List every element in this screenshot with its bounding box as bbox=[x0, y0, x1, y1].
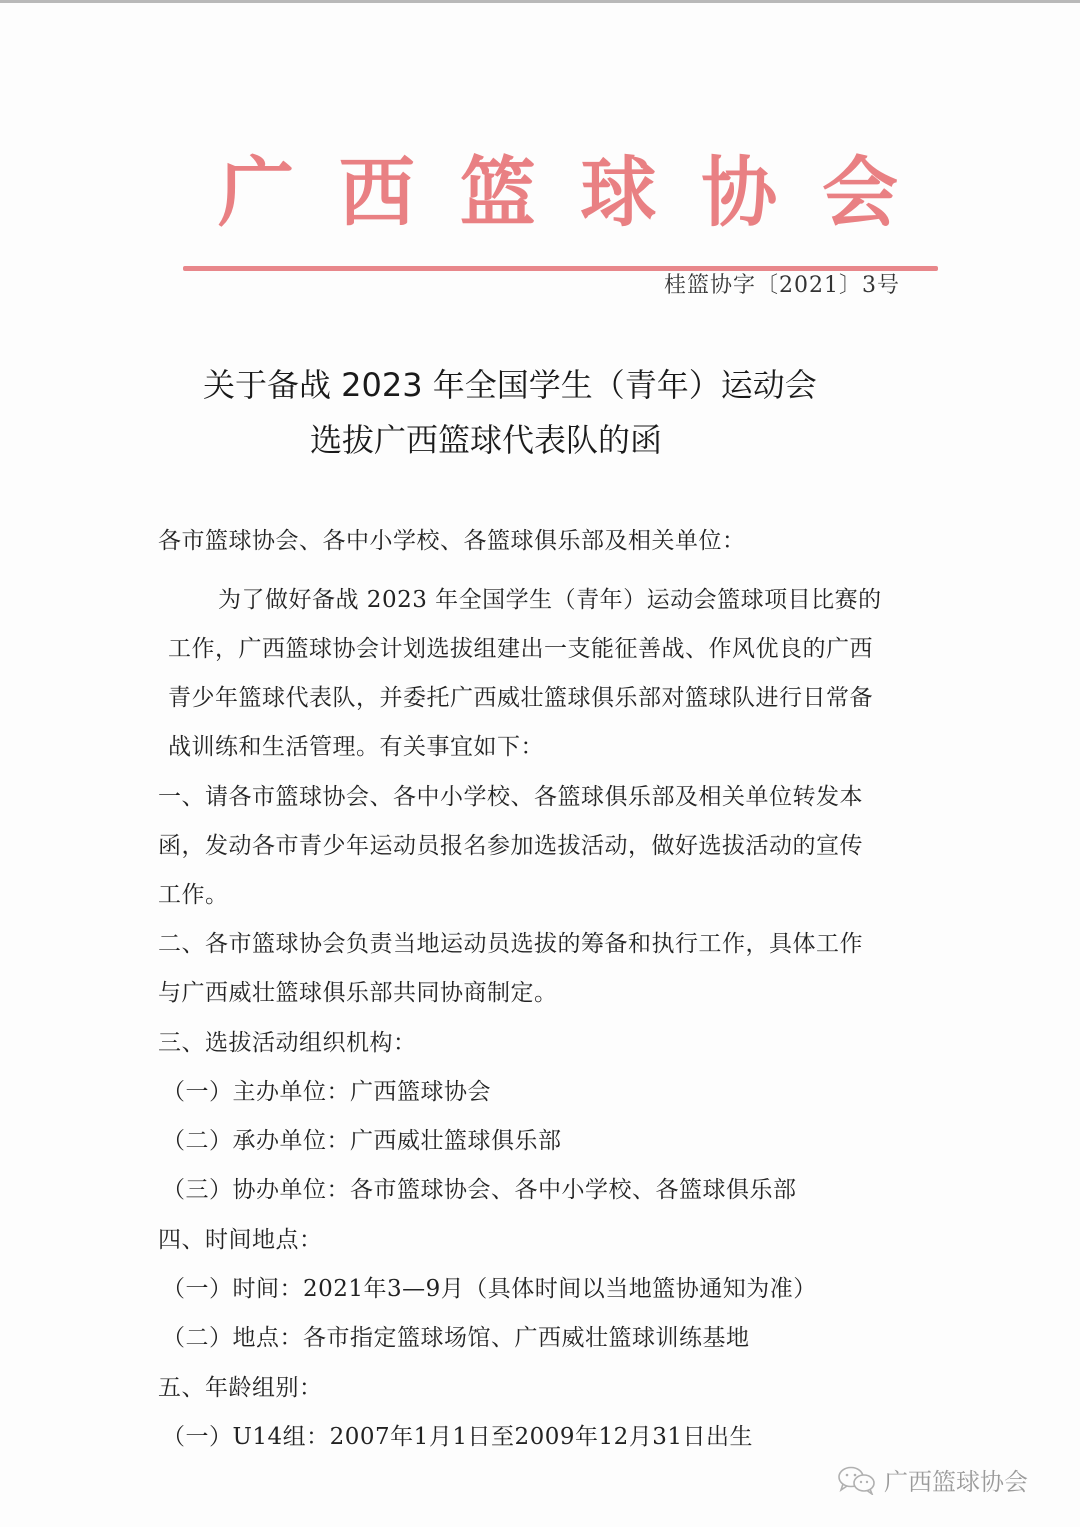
letterhead-char: 球 bbox=[580, 148, 656, 238]
letterhead-char: 协 bbox=[701, 148, 777, 238]
section-3-item: （三）协办单位：各市篮球协会、各中小学校、各篮球俱乐部 bbox=[162, 1175, 797, 1205]
section-3-item: （二）承办单位：广西威壮篮球俱乐部 bbox=[162, 1126, 562, 1156]
document-title-line-2: 选拔广西篮球代表队的函 bbox=[310, 420, 1080, 460]
section-2-line: 与广西威壮篮球俱乐部共同协商制定。 bbox=[158, 978, 558, 1008]
wechat-icon bbox=[836, 1465, 878, 1495]
document-title-line-1: 关于备战 2023 年全国学生（青年）运动会 bbox=[203, 365, 1080, 405]
watermark-label: 广西篮球协会 bbox=[884, 1462, 1028, 1497]
salutation: 各市篮球协会、各中小学校、各篮球俱乐部及相关单位： bbox=[158, 526, 746, 556]
section-1-line: 一、请各市篮球协会、各中小学校、各篮球俱乐部及相关单位转发本 bbox=[158, 782, 863, 812]
section-1-line: 函，发动各市青少年运动员报名参加选拔活动，做好选拔活动的宣传 bbox=[158, 831, 863, 861]
section-5-heading: 五、年龄组别： bbox=[158, 1373, 323, 1403]
letterhead-char: 西 bbox=[339, 148, 415, 238]
letterhead-char: 篮 bbox=[460, 148, 536, 238]
page-top-edge bbox=[0, 0, 1080, 3]
intro-line: 战训练和生活管理。有关事宜如下： bbox=[168, 732, 544, 762]
intro-line: 为了做好备战 2023 年全国学生（青年）运动会篮球项目比赛的 bbox=[218, 585, 882, 615]
section-1-line: 工作。 bbox=[158, 880, 229, 910]
section-5-item: （一）U14组：2007年1月1日至2009年12月31日出生 bbox=[162, 1422, 753, 1452]
intro-line: 工作，广西篮球协会计划选拔组建出一支能征善战、作风优良的广西 bbox=[168, 634, 873, 664]
letterhead-org-name: 广 西 篮 球 协 会 bbox=[218, 148, 898, 238]
document-number: 桂篮协字〔2021〕3号 bbox=[664, 270, 900, 302]
section-3-item: （一）主办单位：广西篮球协会 bbox=[162, 1077, 491, 1107]
section-4-item: （二）地点：各市指定篮球场馆、广西威壮篮球训练基地 bbox=[162, 1323, 750, 1353]
wechat-watermark: 广西篮球协会 bbox=[836, 1462, 1028, 1497]
section-4-item: （一）时间：2021年3—9月（具体时间以当地篮协通知为准） bbox=[162, 1274, 817, 1304]
section-3-heading: 三、选拔活动组织机构： bbox=[158, 1028, 417, 1058]
intro-line: 青少年篮球代表队，并委托广西威壮篮球俱乐部对篮球队进行日常备 bbox=[168, 683, 873, 713]
section-4-heading: 四、时间地点： bbox=[158, 1225, 323, 1255]
letterhead-char: 广 bbox=[218, 148, 294, 238]
section-2-line: 二、各市篮球协会负责当地运动员选拔的筹备和执行工作，具体工作 bbox=[158, 929, 863, 959]
letterhead-char: 会 bbox=[822, 148, 898, 238]
